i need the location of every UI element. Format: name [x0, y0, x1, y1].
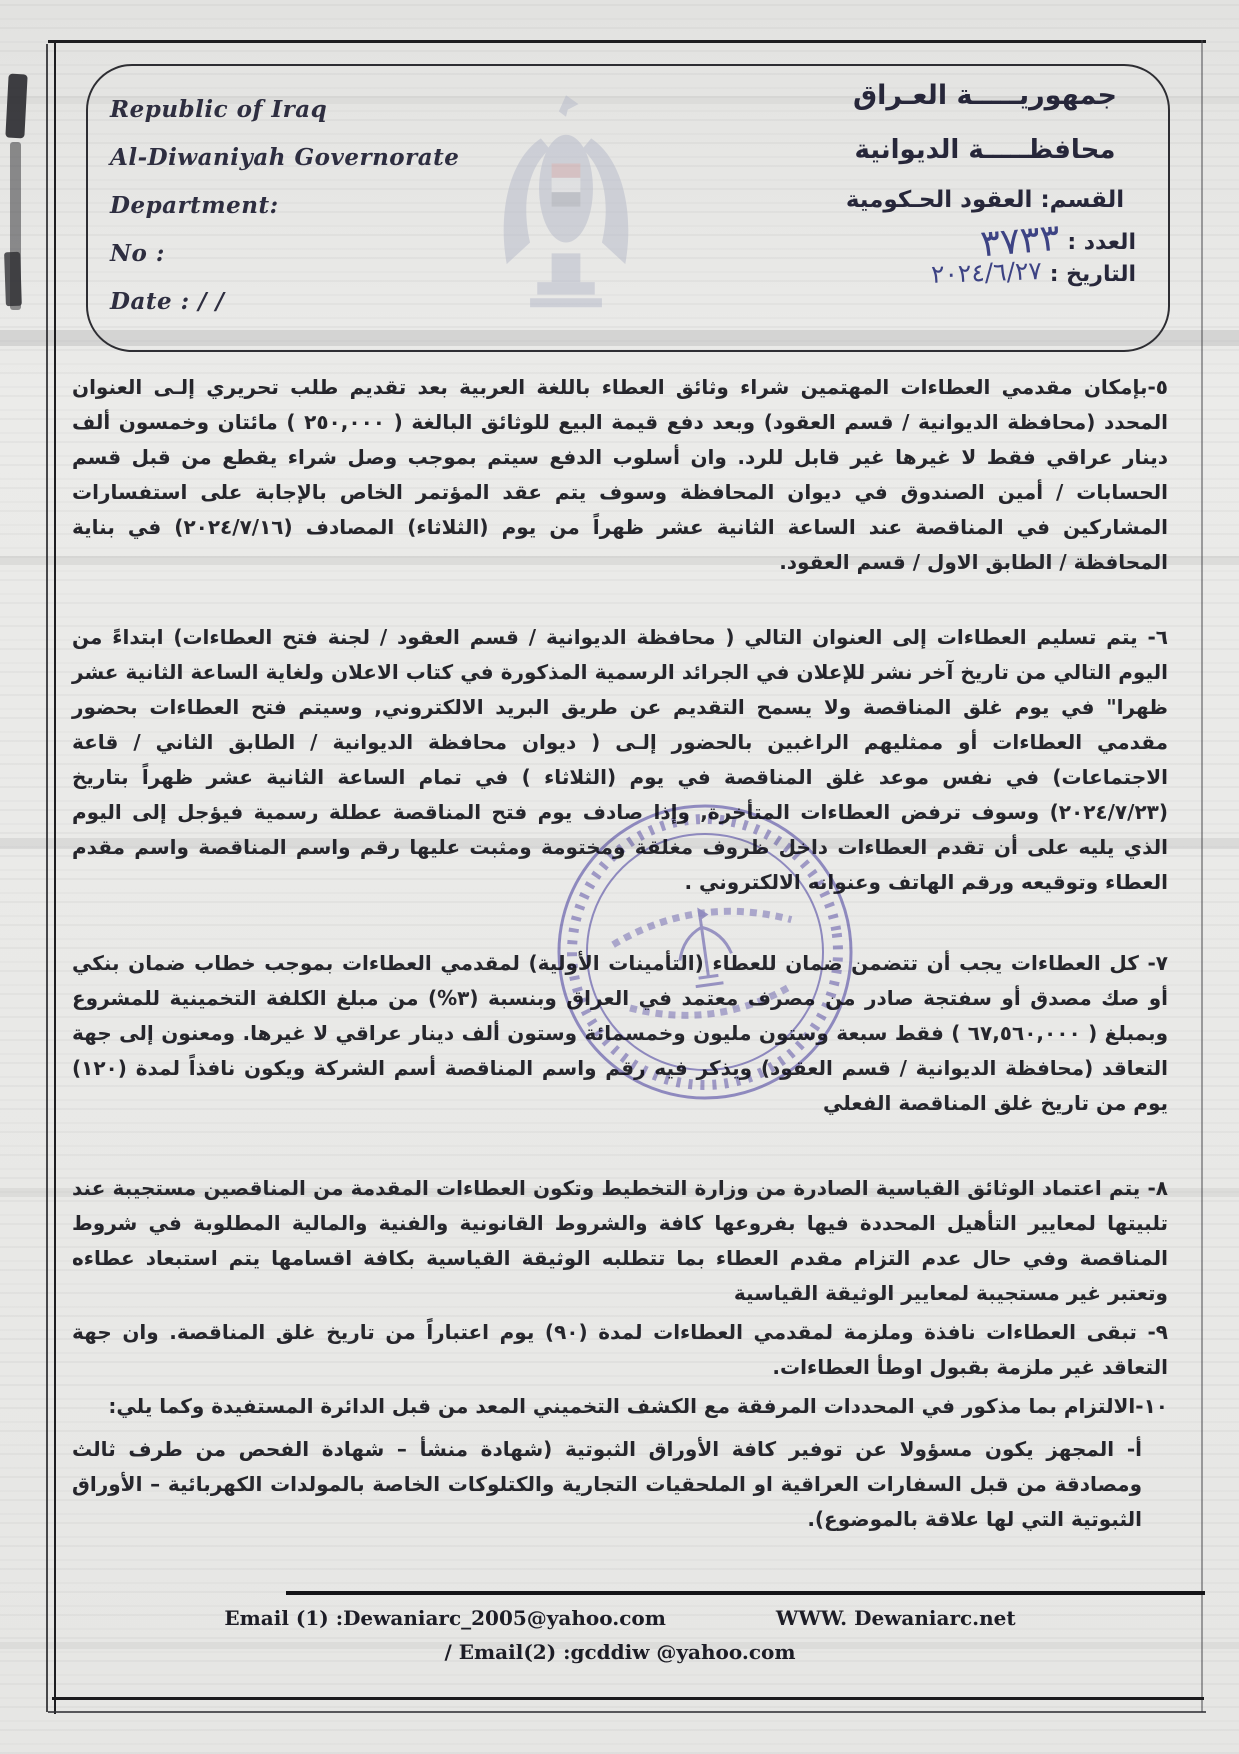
document-border-top [48, 40, 1206, 43]
letterhead-no-label: No : [110, 230, 530, 278]
paragraph-5: ٥-بإمكان مقدمي العطاءات المهتمين شراء وث… [72, 370, 1168, 580]
letterhead-country-en: Republic of Iraq [110, 86, 530, 134]
letterhead-arabic: جمهوريـــــة العـراق محافظـــــة الديوان… [820, 80, 1150, 287]
letterhead-department-label: Department: [110, 182, 530, 230]
footer-divider [286, 1591, 1205, 1595]
document-border-left [54, 40, 56, 1714]
document-date-row: التاريخ : ٢٠٢٤/٦/٢٧ [820, 258, 1150, 287]
footer-website: WWW. Dewaniarc.net [776, 1606, 1016, 1630]
letterhead-governorate-en: Al-Diwaniyah Governorate [110, 134, 530, 182]
paragraph-8: ٨- يتم اعتماد الوثائق القياسية الصادرة م… [72, 1171, 1168, 1311]
letterhead-section-ar: القسم: العقود الحـكومية [820, 187, 1150, 213]
document-border-bottom-outer [48, 1711, 1206, 1713]
footer-contact-line-1: Email (1) :Dewaniarc_2005@yahoo.com WWW.… [70, 1606, 1170, 1630]
document-date-value: ٢٠٢٤/٦/٢٧ [931, 256, 1043, 289]
scanned-document-page: Republic of Iraq Al-Diwaniyah Governorat… [0, 0, 1239, 1754]
document-date-label: التاريخ : [1050, 262, 1136, 287]
letterhead-box: Republic of Iraq Al-Diwaniyah Governorat… [86, 64, 1170, 352]
letterhead-governorate-ar: محافظـــــة الديوانية [820, 135, 1150, 165]
iraq-eagle-emblem [476, 88, 656, 318]
document-number-row: العدد : ٣٧٣٣ [820, 215, 1150, 258]
document-border-right [1201, 40, 1203, 1712]
document-border-left-inner [46, 44, 48, 1712]
photocopy-edge-mark [4, 252, 22, 307]
footer-email-1: Email (1) :Dewaniarc_2005@yahoo.com [224, 1606, 666, 1630]
letterhead-english: Republic of Iraq Al-Diwaniyah Governorat… [110, 86, 530, 326]
letterhead-country-ar: جمهوريـــــة العـراق [820, 80, 1150, 111]
photocopy-edge-mark [5, 74, 27, 139]
document-number-label: العدد : [1067, 230, 1136, 255]
paragraph-9: ٩- تبقى العطاءات نافذة وملزمة لمقدمي الع… [72, 1315, 1168, 1385]
paragraph-10a: أ- المجهز يكون مسؤولا عن توفير كافة الأو… [72, 1432, 1168, 1537]
document-border-bottom [52, 1697, 1204, 1700]
official-round-stamp [524, 771, 885, 1132]
photocopy-edge-mark [10, 142, 21, 310]
footer-email-2: / Email(2) :gcddiw @yahoo.com [70, 1640, 1170, 1664]
paragraph-10: ١٠-الالتزام بما مذكور في المحددات المرفق… [72, 1389, 1168, 1424]
letterhead-date-label: Date : / / [110, 278, 530, 326]
